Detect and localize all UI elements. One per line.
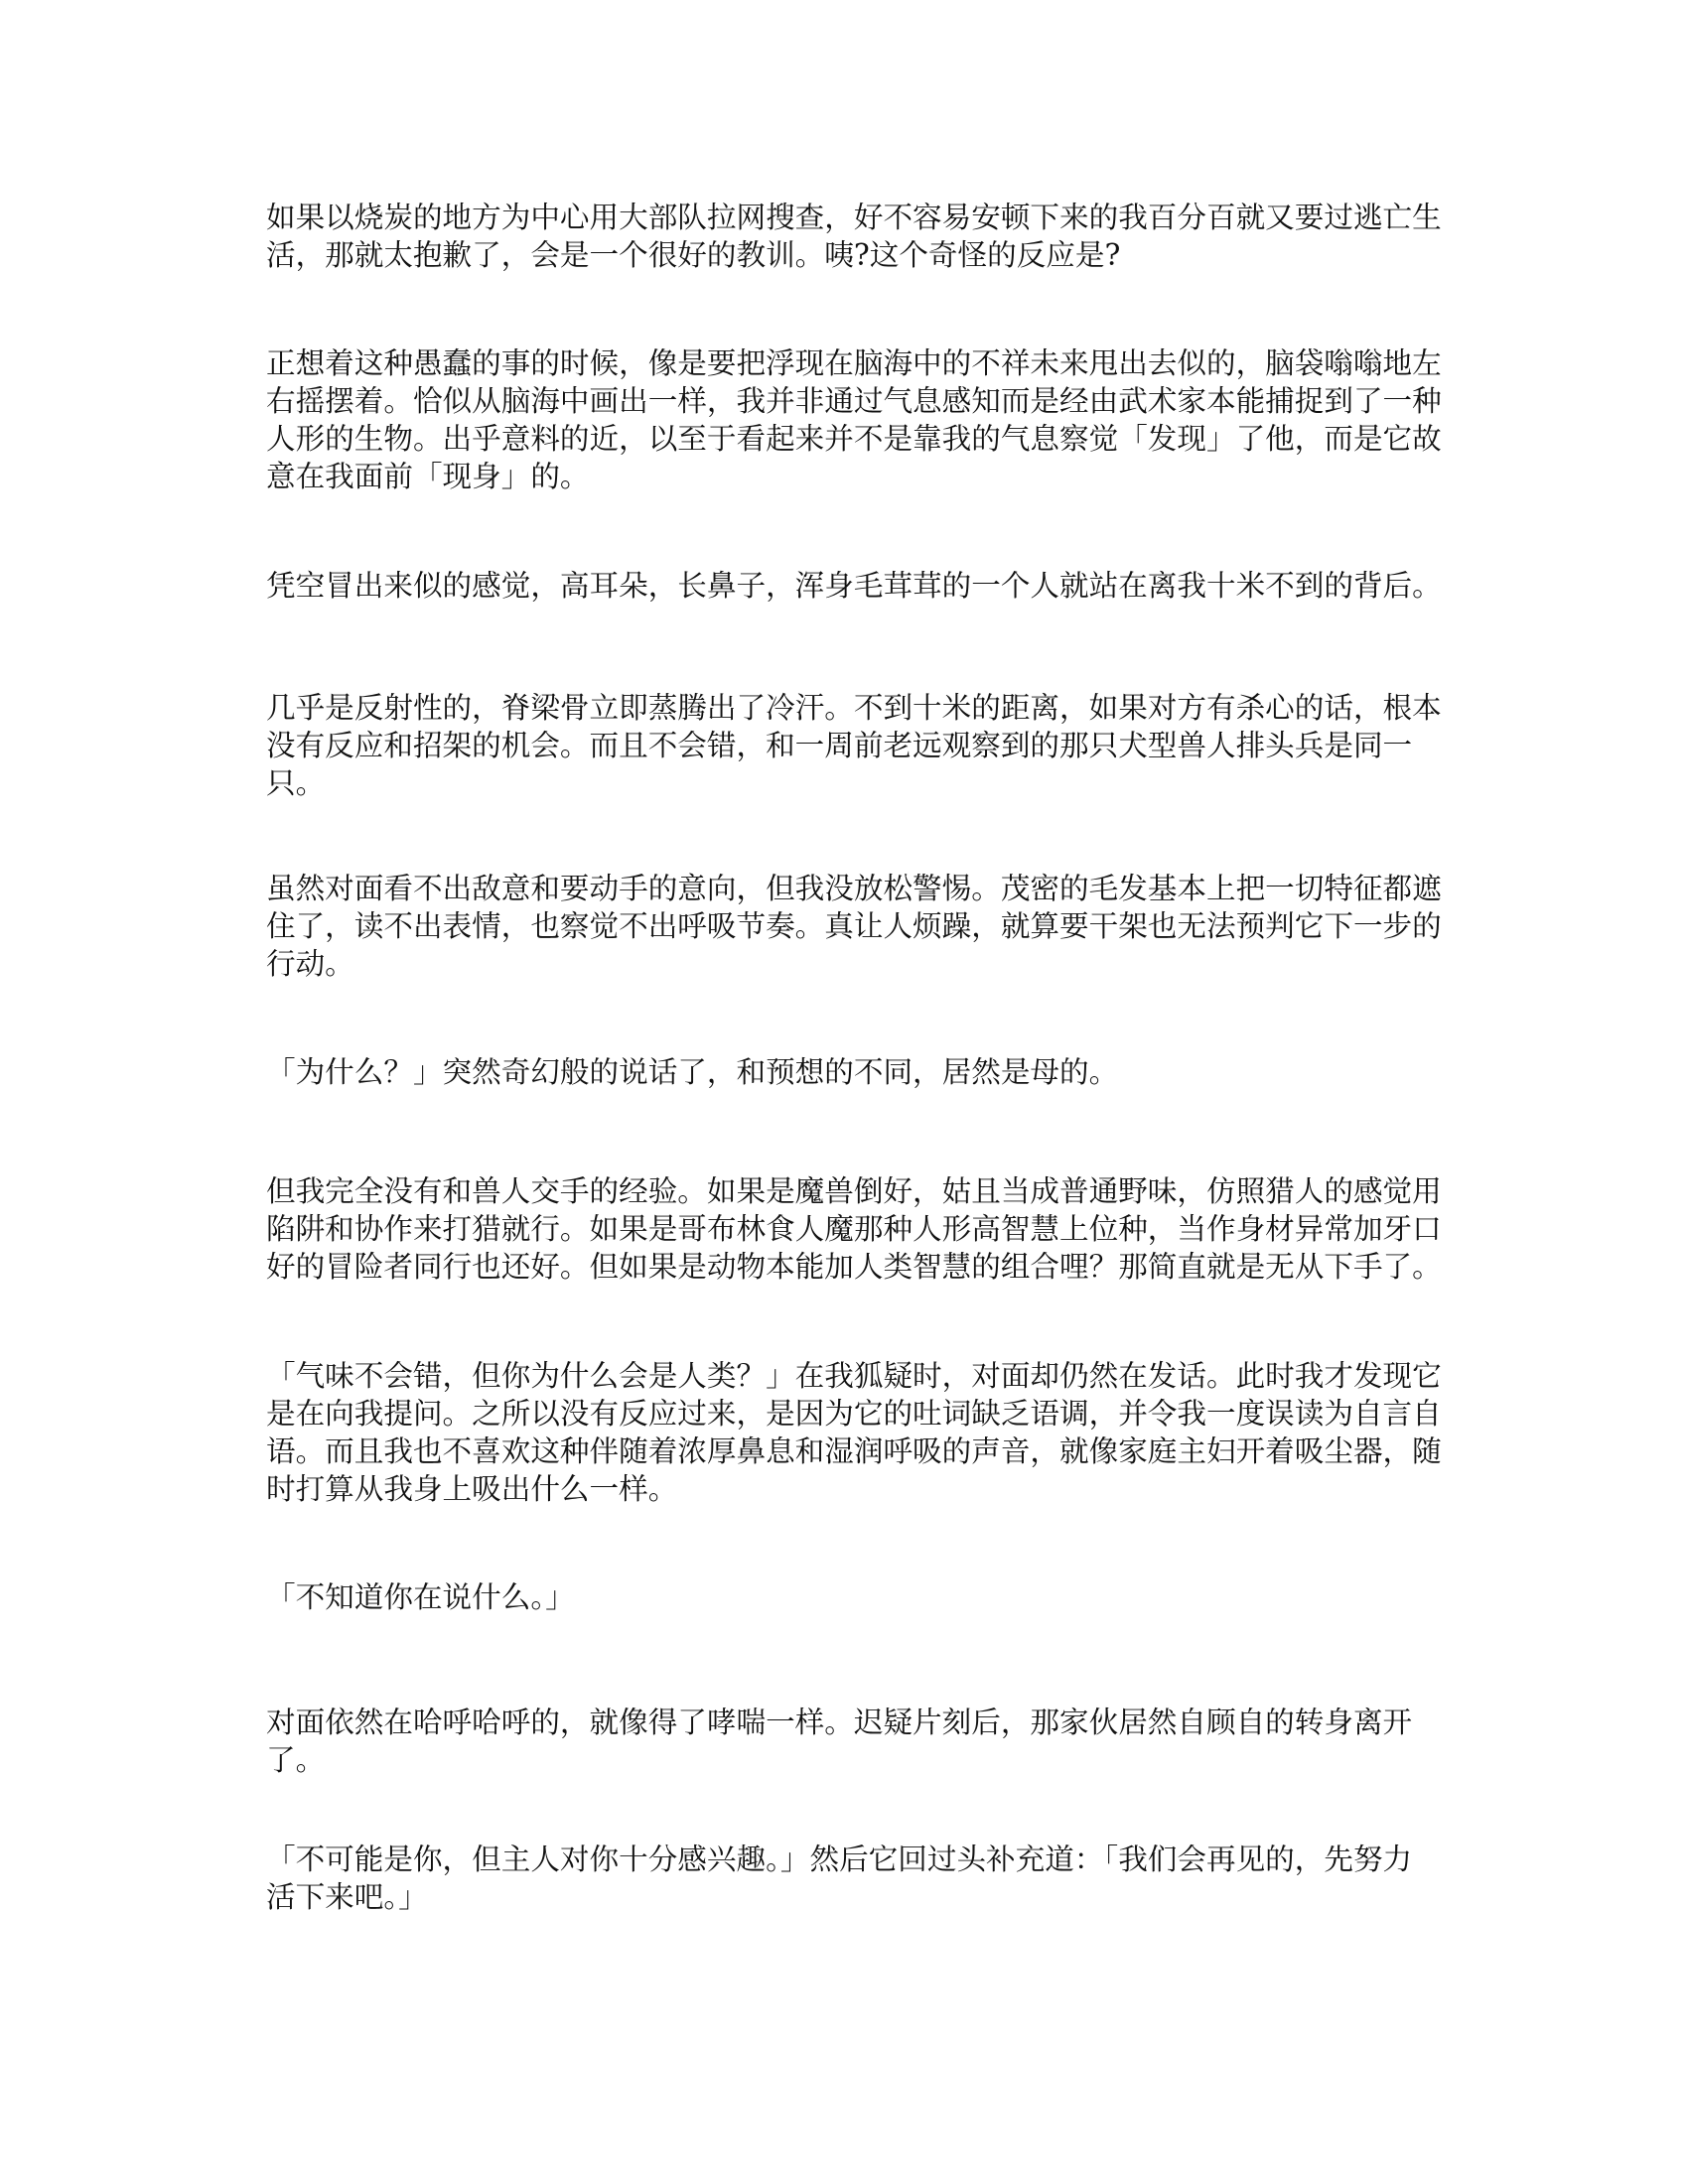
text-line: 正想着这种愚蠢的事的时候，像是要把浮现在脑海中的不祥未来甩出去似的，脑袋嗡嗡地左: [266, 344, 1438, 382]
text-line: 对面依然在哈呼哈呼的，就像得了哮喘一样。迟疑片刻后，那家伙居然自顾自的转身离开: [266, 1704, 1438, 1741]
text-line: 「气味不会错，但你为什么会是人类？」在我狐疑时，对面却仍然在发话。此时我才发现它: [266, 1357, 1438, 1395]
paragraph-5: 虽然对面看不出敌意和要动手的意向，但我没放松警惕。茂密的毛发基本上把一切特征都遮…: [266, 870, 1438, 983]
paragraph-4: 几乎是反射性的，脊梁骨立即蒸腾出了冷汗。不到十米的距离，如果对方有杀心的话，根本…: [266, 689, 1438, 802]
text-line: 如果以烧炭的地方为中心用大部队拉网搜查，好不容易安顿下来的我百分百就又要过逃亡生: [266, 199, 1438, 236]
text-line: 陷阱和协作来打猎就行。如果是哥布林食人魔那种人形高智慧上位种，当作身材异常加牙口: [266, 1210, 1438, 1248]
text-line: 行动。: [266, 945, 1438, 983]
text-line: 只。: [266, 764, 1438, 802]
text-line: 「不知道你在说什么。」: [266, 1578, 1438, 1616]
text-line: 没有反应和招架的机会。而且不会错，和一周前老远观察到的那只犬型兽人排头兵是同一: [266, 727, 1438, 764]
paragraph-7: 但我完全没有和兽人交手的经验。如果是魔兽倒好，姑且当成普通野味，仿照猎人的感觉用…: [266, 1172, 1438, 1286]
text-line: 时打算从我身上吸出什么一样。: [266, 1470, 1438, 1508]
text-line: 人形的生物。出乎意料的近，以至于看起来并不是靠我的气息察觉「发现」了他，而是它故: [266, 420, 1438, 458]
text-line: 几乎是反射性的，脊梁骨立即蒸腾出了冷汗。不到十米的距离，如果对方有杀心的话，根本: [266, 689, 1438, 727]
text-line: 凭空冒出来似的感觉，高耳朵，长鼻子，浑身毛茸茸的一个人就站在离我十米不到的背后。: [266, 567, 1438, 605]
paragraph-8: 「气味不会错，但你为什么会是人类？」在我狐疑时，对面却仍然在发话。此时我才发现它…: [266, 1357, 1438, 1508]
paragraph-2: 正想着这种愚蠢的事的时候，像是要把浮现在脑海中的不祥未来甩出去似的，脑袋嗡嗡地左…: [266, 344, 1438, 495]
text-line: 虽然对面看不出敌意和要动手的意向，但我没放松警惕。茂密的毛发基本上把一切特征都遮: [266, 870, 1438, 907]
paragraph-6: 「为什么？」突然奇幻般的说话了，和预想的不同，居然是母的。: [266, 1053, 1438, 1091]
text-line: 好的冒险者同行也还好。但如果是动物本能加人类智慧的组合哩？那简直就是无从下手了。: [266, 1248, 1438, 1286]
paragraph-1: 如果以烧炭的地方为中心用大部队拉网搜查，好不容易安顿下来的我百分百就又要过逃亡生…: [266, 199, 1438, 274]
paragraph-3: 凭空冒出来似的感觉，高耳朵，长鼻子，浑身毛茸茸的一个人就站在离我十米不到的背后。: [266, 567, 1438, 605]
text-line: 「为什么？」突然奇幻般的说话了，和预想的不同，居然是母的。: [266, 1053, 1438, 1091]
text-line: 语。而且我也不喜欢这种伴随着浓厚鼻息和湿润呼吸的声音，就像家庭主妇开着吸尘器，随: [266, 1433, 1438, 1470]
text-line: 活下来吧。」: [266, 1878, 1438, 1916]
text-line: 了。: [266, 1741, 1438, 1779]
text-line: 右摇摆着。恰似从脑海中画出一样，我并非通过气息感知而是经由武术家本能捕捉到了一种: [266, 382, 1438, 420]
text-line: 是在向我提问。之所以没有反应过来，是因为它的吐词缺乏语调，并令我一度误读为自言自: [266, 1395, 1438, 1433]
text-line: 意在我面前「现身」的。: [266, 458, 1438, 495]
paragraph-11: 「不可能是你，但主人对你十分感兴趣。」然后它回过头补充道：「我们会再见的，先努力…: [266, 1841, 1438, 1916]
text-line: 但我完全没有和兽人交手的经验。如果是魔兽倒好，姑且当成普通野味，仿照猎人的感觉用: [266, 1172, 1438, 1210]
text-line: 住了，读不出表情，也察觉不出呼吸节奏。真让人烦躁，就算要干架也无法预判它下一步的: [266, 907, 1438, 945]
paragraph-9: 「不知道你在说什么。」: [266, 1578, 1438, 1616]
document-page: 如果以烧炭的地方为中心用大部队拉网搜查，好不容易安顿下来的我百分百就又要过逃亡生…: [0, 0, 1688, 2184]
text-line: 「不可能是你，但主人对你十分感兴趣。」然后它回过头补充道：「我们会再见的，先努力: [266, 1841, 1438, 1878]
text-line: 活，那就太抱歉了，会是一个很好的教训。咦?这个奇怪的反应是?: [266, 236, 1438, 274]
paragraph-10: 对面依然在哈呼哈呼的，就像得了哮喘一样。迟疑片刻后，那家伙居然自顾自的转身离开 …: [266, 1704, 1438, 1779]
